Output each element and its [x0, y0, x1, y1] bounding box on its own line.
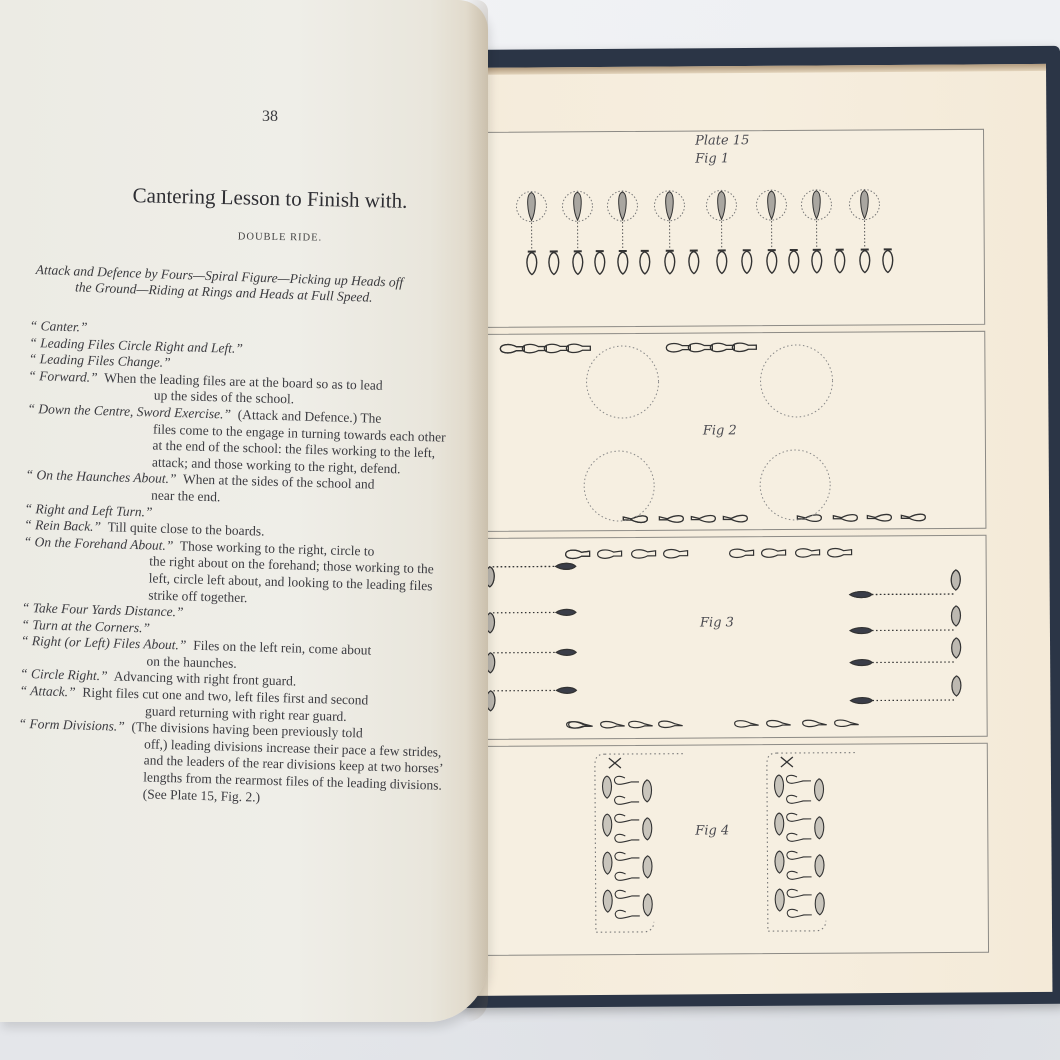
- command-word: “ Leading Files Change.”: [29, 351, 171, 370]
- command-word: “ Turn at the Corners.”: [21, 617, 150, 636]
- figure-4: Fig 4: [466, 743, 989, 956]
- command-word: “ Attack.”: [19, 683, 75, 700]
- figure-3: Fig 3: [464, 535, 987, 740]
- command-word: “ Rein Back.”: [24, 517, 101, 534]
- command-word: “ Forward.”: [28, 368, 98, 385]
- figure-1-drawing: [463, 130, 984, 327]
- page-fold-shadow: [466, 0, 488, 1022]
- command-word: “ On the Forehand About.”: [24, 534, 174, 553]
- command-continuation: off,) leading divisions increase their p…: [17, 733, 449, 811]
- figure-1: Plate 15 Fig 1: [462, 129, 985, 328]
- command-word: “ On the Haunches About.”: [25, 467, 176, 486]
- figure-2: Fig 2: [463, 331, 986, 532]
- command-word: “ Form Divisions.”: [18, 716, 125, 734]
- command-item: “ Down the Centre, Sword Exercise.” (Att…: [26, 401, 458, 479]
- lesson-summary: Attack and Defence by Fours—Spiral Figur…: [35, 262, 456, 309]
- command-item: “ Form Divisions.” (The divisions having…: [17, 716, 449, 811]
- command-word: “ Right (or Left) Files About.”: [21, 633, 187, 653]
- command-description: (Attack and Defence.) The: [238, 407, 382, 426]
- command-item: “ On the Forehand About.” Those working …: [22, 534, 454, 612]
- page-title: Cantering Lesson to Finish with.: [40, 181, 500, 216]
- figure-4-drawing: [467, 744, 988, 955]
- page-number: 38: [0, 108, 540, 126]
- left-page: 38 Cantering Lesson to Finish with. DOUB…: [0, 0, 488, 1022]
- command-word: “ Right and Left Turn.”: [24, 500, 152, 519]
- section-subtitle: DOUBLE RIDE.: [60, 229, 500, 246]
- command-list: “ Canter.” “ Leading Files Circle Right …: [17, 318, 460, 811]
- figure-2-drawing: [464, 332, 985, 531]
- command-word: “ Circle Right.”: [20, 666, 108, 683]
- command-word: “ Canter.”: [30, 318, 88, 335]
- plate-15: Plate 15 Fig 1: [462, 127, 989, 956]
- figure-3-drawing: [465, 536, 986, 739]
